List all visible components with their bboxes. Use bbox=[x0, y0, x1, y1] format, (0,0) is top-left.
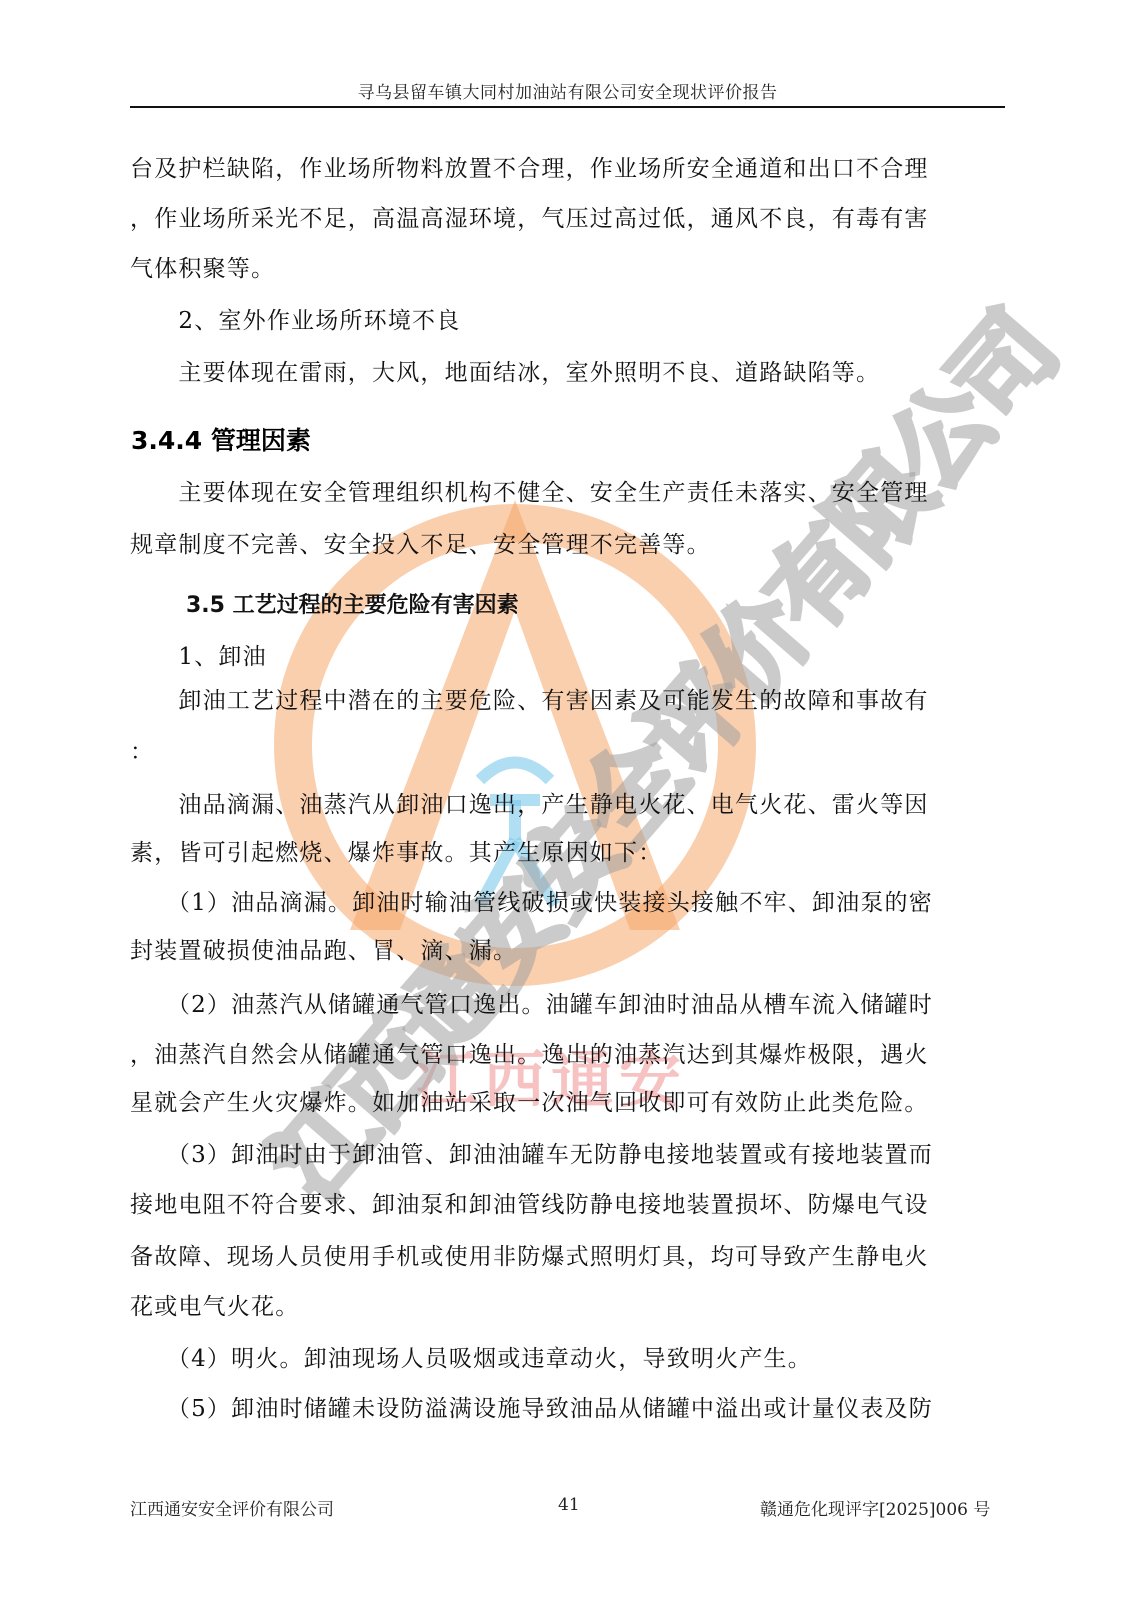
paragraph-line: ： bbox=[130, 733, 1010, 766]
paragraph-line: 封装置破损使油品跑、冒、滴、漏。 bbox=[130, 932, 1010, 965]
paragraph-line: （1）油品滴漏。卸油时输油管线破损或快装接头接触不牢、卸油泵的密 bbox=[130, 884, 1010, 917]
section-heading-3-4-4: 3.4.4 管理因素 bbox=[131, 421, 311, 457]
paragraph-line: （4）明火。卸油现场人员吸烟或违章动火，导致明火产生。 bbox=[130, 1340, 1010, 1373]
page-number: 41 bbox=[558, 1495, 580, 1515]
list-item-title: 2、室外作业场所环境不良 bbox=[130, 302, 1010, 335]
paragraph-line: 花或电气火花。 bbox=[130, 1288, 1010, 1321]
paragraph-line: （3）卸油时由于卸油管、卸油油罐车无防静电接地装置或有接地装置而 bbox=[130, 1136, 1010, 1169]
footer-doc-number: 赣通危化现评字[2025]006 号 bbox=[760, 1495, 990, 1520]
paragraph-line: 台及护栏缺陷，作业场所物料放置不合理，作业场所安全通道和出口不合理 bbox=[130, 150, 1010, 183]
paragraph-line: 气体积聚等。 bbox=[130, 250, 1010, 283]
paragraph-line: 接地电阻不符合要求、卸油泵和卸油管线防静电接地装置损坏、防爆电气设 bbox=[130, 1186, 1010, 1219]
paragraph-line: 主要体现在安全管理组织机构不健全、安全生产责任未落实、安全管理 bbox=[130, 474, 1010, 507]
footer-company: 江西通安安全评价有限公司 bbox=[130, 1495, 334, 1520]
paragraph-line: ，作业场所采光不足，高温高湿环境，气压过高过低，通风不良，有毒有害 bbox=[130, 200, 1010, 233]
document-body: 台及护栏缺陷，作业场所物料放置不合理，作业场所安全通道和出口不合理 ，作业场所采… bbox=[0, 0, 1131, 1600]
paragraph-line: ，油蒸汽自然会从储罐通气管口逸出。逸出的油蒸汽达到其爆炸极限，遇火 bbox=[130, 1036, 1010, 1069]
list-item-title: 1、卸油 bbox=[130, 638, 1010, 671]
document-page: 江西通安 江西通安安全评价有限公司 寻乌县留车镇大同村加油站有限公司安全现状评价… bbox=[0, 0, 1131, 1600]
paragraph-line: 主要体现在雷雨，大风，地面结冰，室外照明不良、道路缺陷等。 bbox=[130, 354, 1010, 387]
paragraph-line: 备故障、现场人员使用手机或使用非防爆式照明灯具，均可导致产生静电火 bbox=[130, 1238, 1010, 1271]
paragraph-line: （5）卸油时储罐未设防溢满设施导致油品从储罐中溢出或计量仪表及防 bbox=[130, 1390, 1010, 1423]
paragraph-line: 油品滴漏、油蒸汽从卸油口逸出，产生静电火花、电气火花、雷火等因 bbox=[130, 786, 1010, 819]
paragraph-line: 素，皆可引起燃烧、爆炸事故。其产生原因如下： bbox=[130, 834, 1010, 867]
paragraph-line: 规章制度不完善、安全投入不足、安全管理不完善等。 bbox=[130, 526, 1010, 559]
paragraph-line: 卸油工艺过程中潜在的主要危险、有害因素及可能发生的故障和事故有 bbox=[130, 682, 1010, 715]
paragraph-line: （2）油蒸汽从储罐通气管口逸出。油罐车卸油时油品从槽车流入储罐时 bbox=[130, 986, 1010, 1019]
paragraph-line: 星就会产生火灾爆炸。如加油站采取一次油气回收即可有效防止此类危险。 bbox=[130, 1084, 1010, 1117]
section-heading-3-5: 3.5 工艺过程的主要危险有害因素 bbox=[186, 588, 519, 619]
